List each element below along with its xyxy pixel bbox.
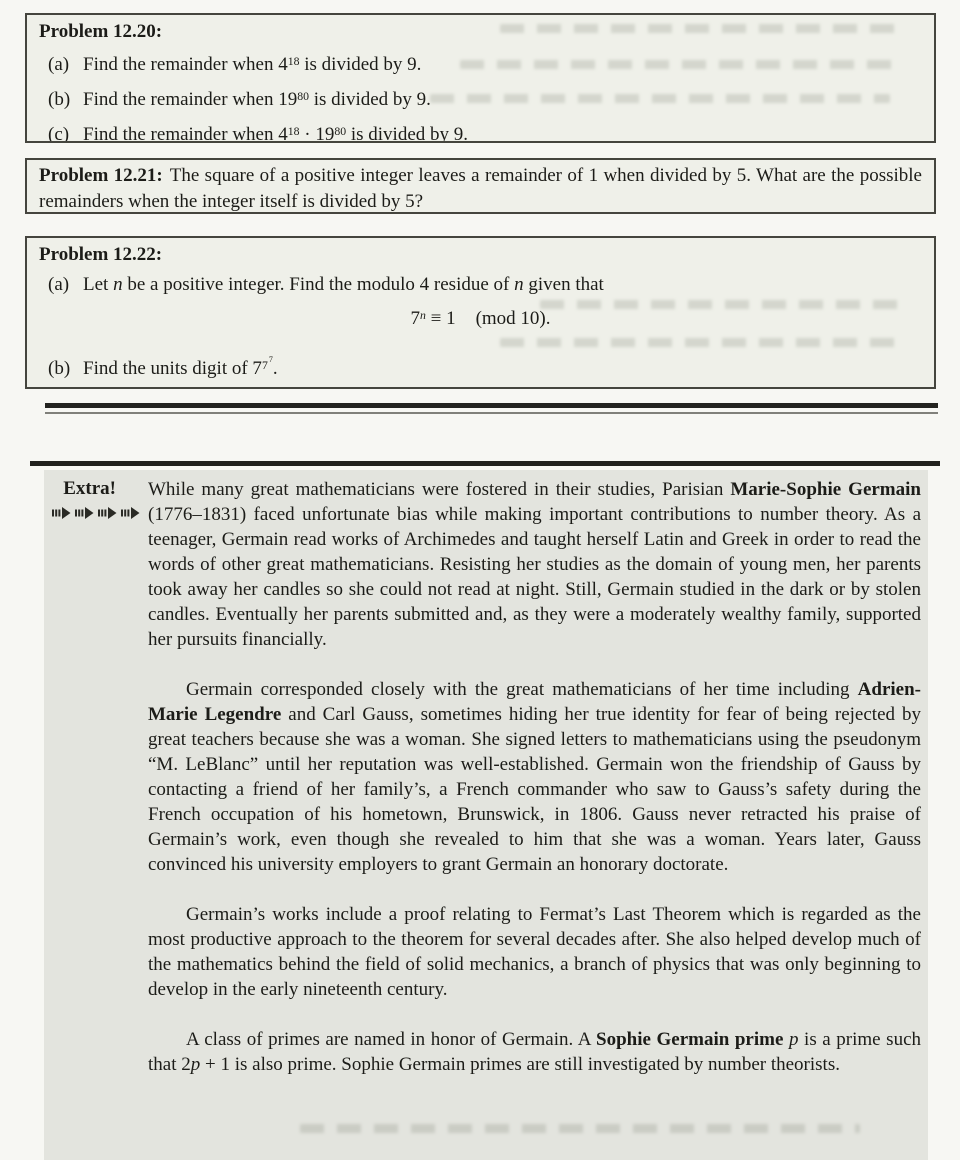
item-label: (a) [39, 52, 83, 80]
item-label: (b) [39, 87, 83, 115]
item-label: (b) [39, 356, 83, 385]
problem-12-22-title: Problem 12.22: [39, 242, 922, 268]
congruence-equation: 7n ≡ 1(mod 10). [39, 306, 922, 334]
problem-12-20-item-b: (b) Find the remainder when 1980 is divi… [39, 87, 922, 115]
extra-paragraph-2: Germain corresponded closely with the gr… [148, 677, 921, 877]
extra-section-top-rule [30, 461, 940, 466]
problem-12-20-title: Problem 12.20: [39, 19, 922, 45]
extra-text-column: While many great mathematicians were fos… [148, 477, 928, 1160]
extra-paragraph-1: While many great mathematicians were fos… [148, 477, 921, 652]
striped-right-arrows-icon [44, 506, 148, 524]
extra-paragraph-4: A class of primes are named in honor of … [148, 1027, 921, 1077]
divider-thick-line [45, 403, 938, 408]
problem-12-22-box: Problem 12.22: (a) Let n be a positive i… [25, 236, 936, 389]
problem-12-20-box: Problem 12.20: (a) Find the remainder wh… [25, 13, 936, 143]
item-text: Find the remainder when 418 · 1980 is di… [83, 122, 922, 143]
item-text: Let n be a positive integer. Find the mo… [83, 272, 922, 298]
item-text: Find the remainder when 418 is divided b… [83, 52, 922, 80]
divider-thin-line [45, 412, 938, 414]
section-divider-double-rule [45, 403, 938, 414]
problem-12-21-title: Problem 12.21: [39, 165, 163, 186]
problem-12-21-statement: Problem 12.21:The square of a positive i… [39, 163, 922, 214]
extra-sidebar: Extra! [44, 477, 148, 1160]
item-text: Find the remainder when 1980 is divided … [83, 87, 922, 115]
problem-12-20-item-c: (c) Find the remainder when 418 · 1980 i… [39, 122, 922, 143]
problem-12-22-item-b: (b) Find the units digit of 777. [39, 356, 922, 385]
extra-label: Extra! [44, 477, 148, 501]
problem-12-21-box: Problem 12.21:The square of a positive i… [25, 158, 936, 214]
textbook-page: Problem 12.20: (a) Find the remainder wh… [0, 0, 960, 1160]
problem-12-20-item-a: (a) Find the remainder when 418 is divid… [39, 52, 922, 80]
problem-12-21-body: The square of a positive integer leaves … [39, 165, 922, 212]
extra-paragraph-3: Germain’s works include a proof relating… [148, 902, 921, 1002]
problem-12-22-item-a: (a) Let n be a positive integer. Find th… [39, 272, 922, 298]
item-text: Find the units digit of 777. [83, 356, 922, 385]
item-label: (c) [39, 122, 83, 143]
extra-section: Extra! [44, 470, 928, 1160]
item-label: (a) [39, 272, 83, 298]
